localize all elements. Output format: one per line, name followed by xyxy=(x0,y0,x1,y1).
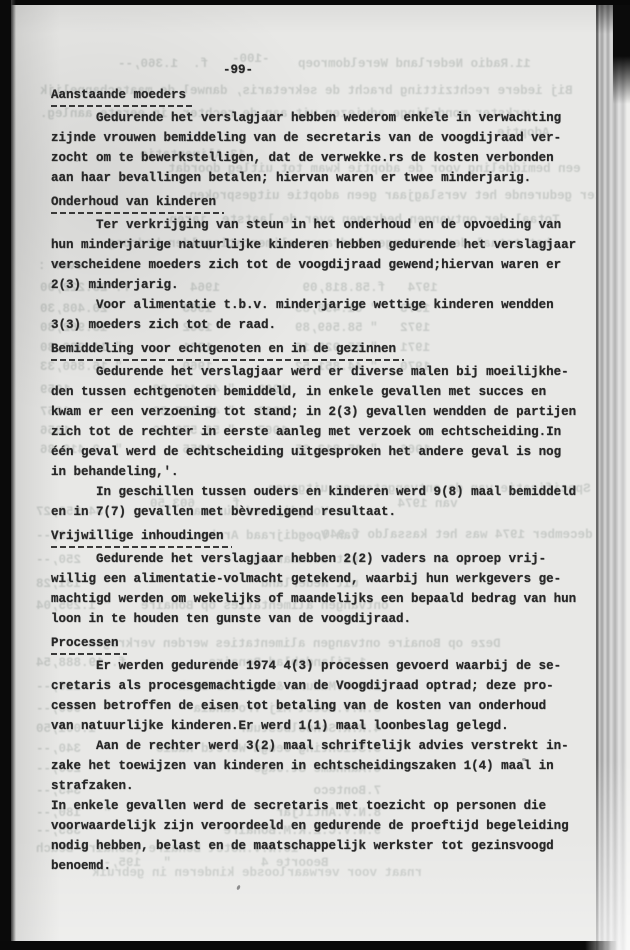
text-line: willig een alimentatie-volmacht getekend… xyxy=(51,569,591,589)
section-heading: Aanstaande moeders xyxy=(51,85,186,105)
text-line: één geval werd de echtscheiding uitgespr… xyxy=(51,442,591,462)
text-line: benoemd. xyxy=(51,856,591,876)
text-line: Aan de rechter werd 3(2) maal schrifteli… xyxy=(51,736,591,756)
section-heading-row: Vrijwillige inhoudingen xyxy=(51,526,591,546)
section: Processen Er werden gedurende 1974 4(3) … xyxy=(51,633,591,876)
text-line: In geschillen tussen ouders en kinderen … xyxy=(51,482,591,502)
book-page-stack-edge xyxy=(596,0,630,950)
text-line: Voor alimentatie t.b.v. minderjarige wet… xyxy=(51,295,591,315)
scan-border-top xyxy=(0,0,630,5)
text-line: strafzaken. xyxy=(51,776,591,796)
section-heading-row: Onderhoud van kinderen xyxy=(51,192,591,212)
text-line: loon in te houden ten gunste van de voog… xyxy=(51,609,591,629)
text-line: cessen betroffen de eisen tot betaling v… xyxy=(51,696,591,716)
text-line: Gedurende het verslagjaar werd er divers… xyxy=(51,362,591,382)
section: Vrijwillige inhoudingen Gedurende het ve… xyxy=(51,526,591,629)
text-line: en in 7(7) gevallen met bèvredigend resu… xyxy=(51,502,591,522)
text-line: 3(3) moeders zich tot de raad. xyxy=(51,315,591,335)
text-line: Er werden gedurende 1974 4(3) processen … xyxy=(51,656,591,676)
text-line: voorwaardelijk zijn veroordeeld en gedur… xyxy=(51,816,591,836)
page-number: -99- xyxy=(51,60,591,80)
text-line: In enkele gevallen werd de secretaris me… xyxy=(51,796,591,816)
text-line: hun minderjarige natuurlijke kinderen he… xyxy=(51,235,591,255)
scan-border-bottom xyxy=(0,941,585,950)
text-line: kwam er een verzoening tot stand; in 2(3… xyxy=(51,402,591,422)
typed-text-area: -99- Aanstaande moeders Gedurende het ve… xyxy=(51,60,591,876)
text-line: Ter verkrijging van steun in het onderho… xyxy=(51,215,591,235)
text-line: zake het toewijzen van kinderen in echts… xyxy=(51,756,591,776)
text-line: van natuurlijke kinderen.Er werd 1(1) ma… xyxy=(51,716,591,736)
text-line: zijnde vrouwen bemiddeling van de secret… xyxy=(51,128,591,148)
text-line: in behandeling,'. xyxy=(51,462,591,482)
scanned-document-page: -100-11.Radio Nederland Wereldomroep f. … xyxy=(0,0,630,950)
text-line: aan haar bevallingen betalen; hiervan wa… xyxy=(51,168,591,188)
section-heading: Processen xyxy=(51,633,119,653)
text-line: nodig hebben, belast en de maatschappeli… xyxy=(51,836,591,856)
document-sections: Aanstaande moeders Gedurende het verslag… xyxy=(51,85,591,876)
scan-speck xyxy=(522,758,526,761)
section-heading: Onderhoud van kinderen xyxy=(51,192,216,212)
section-heading: Vrijwillige inhoudingen xyxy=(51,526,224,546)
text-line: den tussen echtgenoten bemiddeld, in enk… xyxy=(51,382,591,402)
text-line: zocht om te bewerkstelligen, dat de verw… xyxy=(51,148,591,168)
section-heading-row: Bemiddeling voor echtgenoten en in de ge… xyxy=(51,339,591,359)
section-heading-row: Processen xyxy=(51,633,591,653)
text-line: verscheidene moeders zich tot de voogdij… xyxy=(51,255,591,275)
section-heading: Bemiddeling voor echtgenoten en in de ge… xyxy=(51,339,396,359)
text-line: Gedurende het verslagjaar hebben 2(2) va… xyxy=(51,549,591,569)
text-line: 2(3) minderjarig. xyxy=(51,275,591,295)
section-heading-row: Aanstaande moeders xyxy=(51,85,591,105)
section: Bemiddeling voor echtgenoten en in de ge… xyxy=(51,339,591,522)
scan-speck xyxy=(76,160,78,162)
section: Onderhoud van kinderen Ter verkrijging v… xyxy=(51,192,591,335)
text-line: cretaris als procesgemachtigde van de Vo… xyxy=(51,676,591,696)
scan-border-bottom-fade xyxy=(585,941,617,950)
scan-border-left-shadow xyxy=(11,0,16,950)
text-line: zich tot de rechter in eerste aanleg met… xyxy=(51,422,591,442)
scan-border-left xyxy=(0,0,11,950)
text-line: Gedurende het verslagjaar hebben wederom… xyxy=(51,108,591,128)
text-line: machtigd werden om wekelijks of maandeli… xyxy=(51,589,591,609)
scan-shadow-top-right xyxy=(613,4,630,104)
section: Aanstaande moeders Gedurende het verslag… xyxy=(51,85,591,188)
